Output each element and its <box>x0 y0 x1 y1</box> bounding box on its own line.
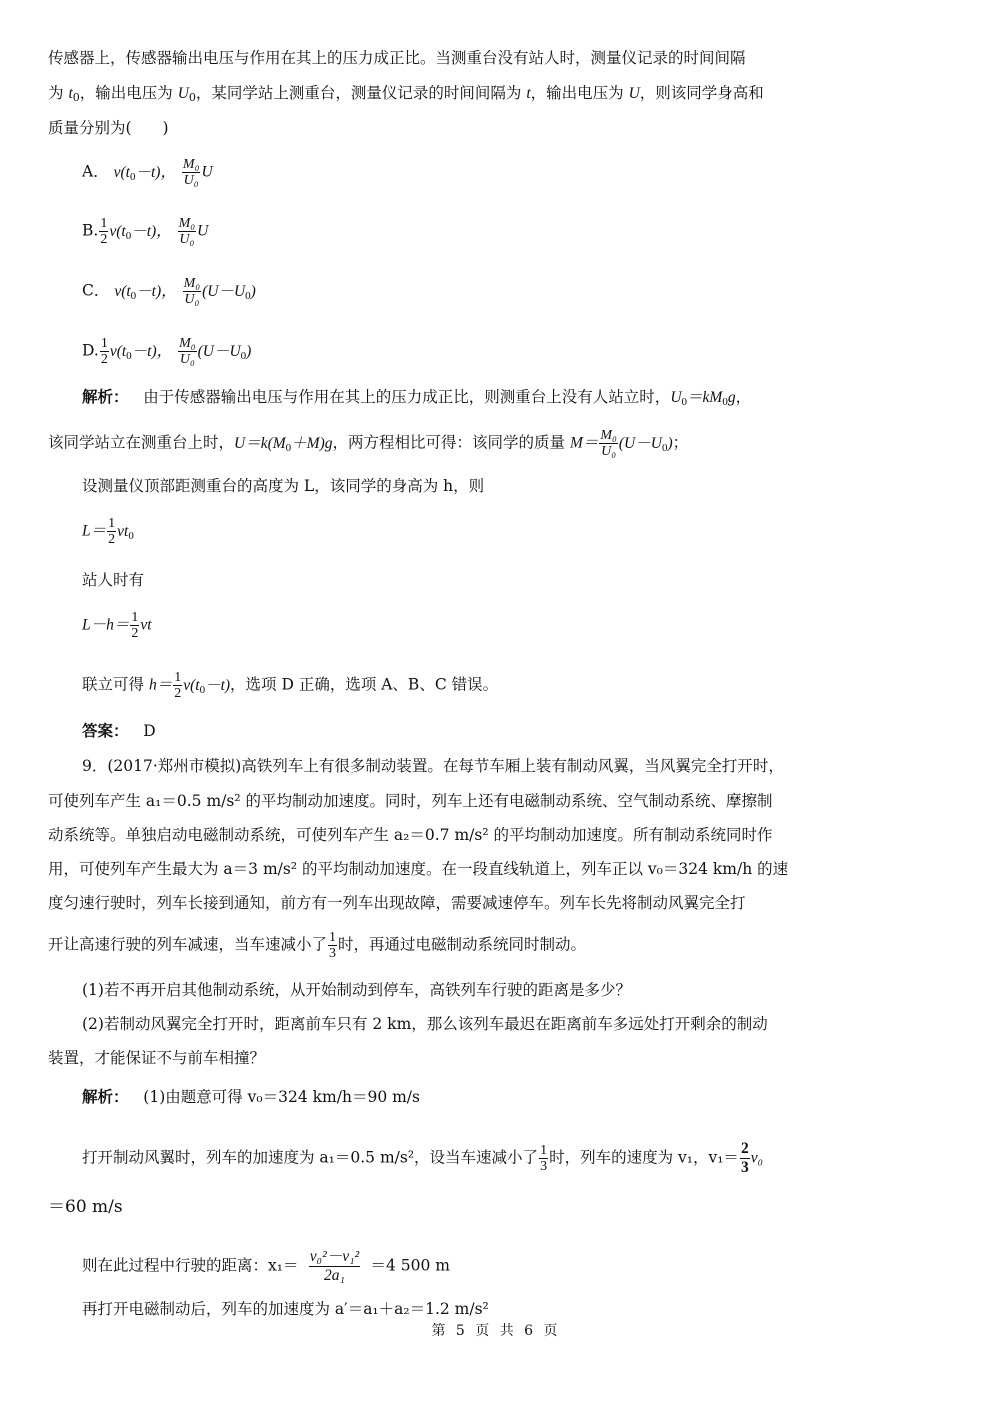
analysis9-acceleration: 再打开电磁制动后，列车的加速度为 a′＝a₁＋a₂＝1.2 m/s² <box>82 1299 489 1319</box>
analysis-heading: 解析： <box>82 1087 129 1106</box>
text: (1)由题意可得 v₀＝324 km/h＝90 m/s <box>143 1088 420 1106</box>
text: ，则该同学身高和 <box>640 84 764 102</box>
option-label: C． <box>82 282 109 300</box>
text: 时，列车的速度为 v₁，v₁＝ <box>549 1149 739 1167</box>
fraction: M₀U₀ <box>178 216 197 247</box>
analysis8-conclusion: 联立可得 h＝12v(t0－t)，选项 D 正确，选项 A、B、C 错误。 <box>82 670 498 701</box>
text: 开让高速行驶的列车减速，当车速减小了 <box>48 936 327 954</box>
analysis9-line1: 解析： (1)由题意可得 v₀＝324 km/h＝90 m/s <box>82 1087 420 1107</box>
equation-L: L＝12vt0 <box>82 516 134 547</box>
option-label: A． <box>82 163 109 181</box>
analysis9-line3: ＝60 m/s <box>48 1197 123 1217</box>
option-b: B.12v(t0－t)， M₀U₀U <box>82 216 208 247</box>
option-d: D.12v(t0－t)， M₀U₀(U－U0) <box>82 336 251 367</box>
question9-sub2-line1: (2)若制动风翼完全打开时，距离前车只有 2 km，那么该列车最迟在距离前车多远… <box>82 1014 768 1034</box>
option-label: D. <box>82 342 99 360</box>
text: ，输出电压为 <box>531 84 629 102</box>
option-c: C． v(t0－t)， M₀U₀(U－U0) <box>82 276 256 307</box>
fraction: M₀U₀ <box>178 336 197 367</box>
text: ＝4 500 m <box>370 1257 450 1275</box>
analysis9-line2: 打开制动风翼时，列车的加速度为 a₁＝0.5 m/s²，设当车速减小了13时，列… <box>82 1140 763 1177</box>
question8-text-line2: 为 t0，输出电压为 U0，某同学站上测重台，测量仪记录的时间间隔为 t，输出电… <box>48 83 764 108</box>
answer-label: 答案： <box>82 721 129 740</box>
analysis8-line4: 站人时有 <box>82 570 144 590</box>
text: 则在此过程中行驶的距离：x₁＝ <box>82 1257 298 1275</box>
text: 该同学站立在测重台上时， <box>48 434 234 452</box>
text: 打开制动风翼时，列车的加速度为 a₁＝0.5 m/s²，设当车速减小了 <box>82 1149 538 1167</box>
question9-line4: 用，可使列车产生最大为 a＝3 m/s² 的平均制动加速度。在一段直线轨道上，列… <box>48 859 788 879</box>
question9-line3: 动系统等。单独启动电磁制动系统，可使列车产生 a₂＝0.7 m/s² 的平均制动… <box>48 825 772 845</box>
answer8: 答案： D <box>82 721 156 741</box>
fraction-half: 12 <box>99 216 108 247</box>
text: 联立可得 <box>82 676 149 694</box>
option-a-height: v(t0－t)， <box>114 164 176 181</box>
question9-line5: 度匀速行驶时，列车长接到通知，前方有一列车出现故障，需要减速停车。列车长先将制动… <box>48 893 746 913</box>
text: 时，再通过电磁制动系统同时制动。 <box>338 936 586 954</box>
question9-line2: 可使列车产生 a₁＝0.5 m/s² 的平均制动加速度。同时，列车上还有电磁制动… <box>48 791 772 811</box>
question9-sub2-line2: 装置，才能保证不与前车相撞？ <box>48 1048 265 1068</box>
question9-line6: 开让高速行驶的列车减速，当车速减小了13时，再通过电磁制动系统同时制动。 <box>48 930 586 961</box>
analysis8-line3: 设测量仪顶部距测重台的高度为 L，该同学的身高为 h，则 <box>82 476 484 496</box>
question9-line1: 9．(2017·郑州市模拟)高铁列车上有很多制动装置。在每节车厢上装有制动风翼，… <box>82 756 784 776</box>
question8-text-line1: 传感器上，传感器输出电压与作用在其上的压力成正比。当测重台没有站人时，测量仪记录… <box>48 48 746 68</box>
equation-L-minus-h: L－h＝12vt <box>82 610 152 641</box>
question8-text-line3: 质量分别为( ) <box>48 118 169 138</box>
analysis8-line1: 解析： 由于传感器输出电压与作用在其上的压力成正比，则测重台上没有人站立时，U0… <box>82 387 751 412</box>
answer-value: D <box>143 722 155 740</box>
fraction: M₀U₀ <box>183 276 202 307</box>
text: 由于传感器输出电压与作用在其上的压力成正比，则测重台上没有人站立时， <box>143 388 670 406</box>
option-label: B. <box>82 222 98 240</box>
text: ，选项 D 正确，选项 A、B、C 错误。 <box>230 676 498 694</box>
fraction-half: 12 <box>100 336 109 367</box>
text: ，某同学站上测重台，测量仪记录的时间间隔为 <box>196 84 526 102</box>
fraction: M₀U₀ <box>182 157 201 188</box>
page-footer: 第 5 页 共 6 页 <box>0 1320 992 1340</box>
analysis9-distance: 则在此过程中行驶的距离：x₁＝v₀²－v₁²2a₁＝4 500 m <box>82 1248 450 1285</box>
analysis8-line2: 该同学站立在测重台上时，U＝k(M0＋M)g，两方程相比可得：该同学的质量 M＝… <box>48 428 688 459</box>
text: ，输出电压为 <box>80 84 178 102</box>
text: 为 <box>48 84 68 102</box>
analysis-heading: 解析： <box>82 387 129 406</box>
option-a: A． v(t0－t)， M₀U₀U <box>82 157 213 188</box>
text: ，两方程相比可得：该同学的质量 <box>333 434 570 452</box>
var-U: U <box>629 85 640 102</box>
question9-sub1: (1)若不再开启其他制动系统，从开始制动到停车，高铁列车行驶的距离是多少？ <box>82 980 631 1000</box>
var-U0: U <box>178 85 189 102</box>
